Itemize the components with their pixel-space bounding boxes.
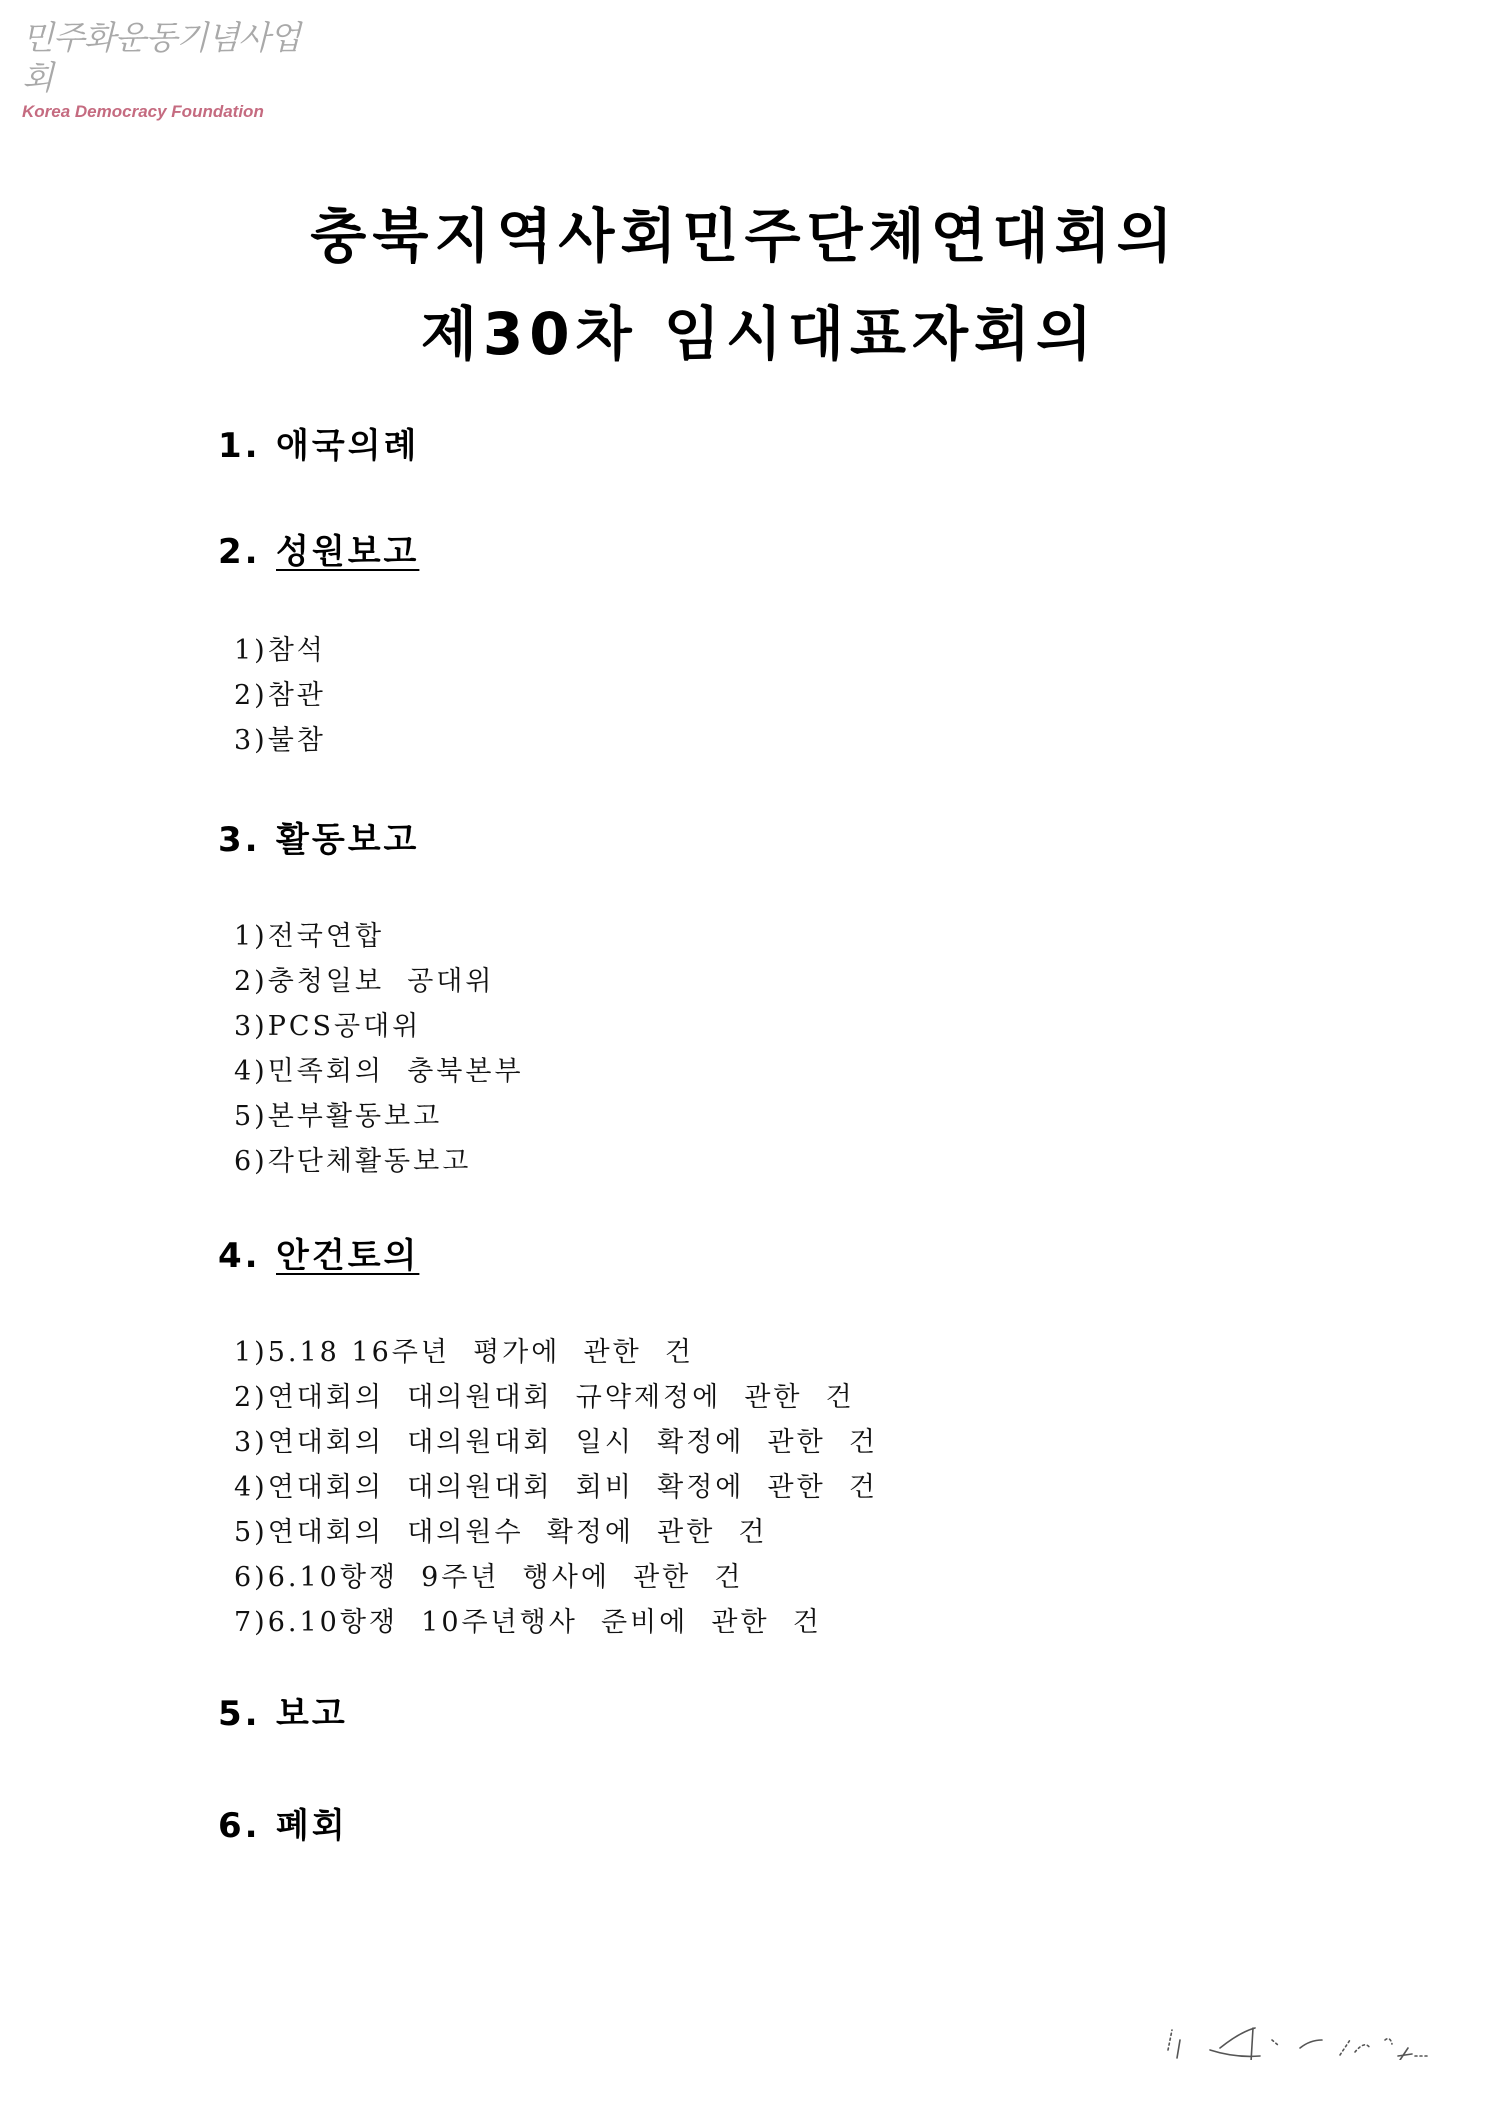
section-heading: 3.활동보고 xyxy=(218,818,524,862)
list-item: 3)불참 xyxy=(234,718,419,763)
list-item: 3)연대회의 대의원대회 일시 확정에 관한 건 xyxy=(234,1420,878,1465)
document-title: 충북지역사회민주단체연대회의 제30차 임시대표자회의 xyxy=(0,200,1489,396)
list-item: 2)연대회의 대의원대회 규약제정에 관한 건 xyxy=(234,1375,878,1420)
list-item: 2)충청일보 공대위 xyxy=(234,959,524,1004)
section-items: 1)참석 2)참관 3)불참 xyxy=(218,628,419,763)
agenda-section-4: 4.안건토의 1)5.18 16주년 평가에 관한 건 2)연대회의 대의원대회… xyxy=(218,1234,878,1645)
section-number: 4. xyxy=(218,1234,276,1278)
section-label: 보고 xyxy=(276,1694,348,1734)
watermark-english-text: Korea Democracy Foundation xyxy=(22,102,322,122)
list-item: 1)5.18 16주년 평가에 관한 건 xyxy=(234,1330,878,1375)
section-items: 1)5.18 16주년 평가에 관한 건 2)연대회의 대의원대회 규약제정에 … xyxy=(218,1330,878,1645)
watermark-korean-text: 민주화운동기념사업회 xyxy=(22,18,322,98)
section-label: 안건토의 xyxy=(276,1236,419,1276)
list-item: 7)6.10항쟁 10주년행사 준비에 관한 건 xyxy=(234,1600,878,1645)
list-item: 4)연대회의 대의원대회 회비 확정에 관한 건 xyxy=(234,1465,878,1510)
section-heading: 4.안건토의 xyxy=(218,1234,878,1278)
section-items: 1)전국연합 2)충청일보 공대위 3)PCS공대위 4)민족회의 충북본부 5… xyxy=(218,914,524,1184)
section-number: 3. xyxy=(218,818,276,862)
foundation-watermark-logo: 민주화운동기념사업회 Korea Democracy Foundation xyxy=(22,18,322,122)
agenda-section-3: 3.활동보고 1)전국연합 2)충청일보 공대위 3)PCS공대위 4)민족회의… xyxy=(218,818,524,1184)
section-heading: 2.성원보고 xyxy=(218,530,419,574)
section-heading: 6.폐회 xyxy=(218,1804,348,1848)
section-number: 5. xyxy=(218,1692,276,1736)
list-item: 1)참석 xyxy=(234,628,419,673)
agenda-section-5: 5.보고 xyxy=(218,1692,348,1736)
list-item: 5)연대회의 대의원수 확정에 관한 건 xyxy=(234,1510,878,1555)
list-item: 6)6.10항쟁 9주년 행사에 관한 건 xyxy=(234,1555,878,1600)
list-item: 4)민족회의 충북본부 xyxy=(234,1049,524,1094)
section-number: 2. xyxy=(218,530,276,574)
list-item: 3)PCS공대위 xyxy=(234,1004,524,1049)
section-label: 폐회 xyxy=(276,1806,348,1846)
section-number: 6. xyxy=(218,1804,276,1848)
agenda-section-1: 1.애국의례 xyxy=(218,424,419,468)
title-organization: 충북지역사회민주단체연대회의 xyxy=(0,200,1489,272)
section-label: 성원보고 xyxy=(276,532,419,572)
agenda-section-2: 2.성원보고 1)참석 2)참관 3)불참 xyxy=(218,530,419,763)
list-item: 6)각단체활동보고 xyxy=(234,1139,524,1184)
section-label: 애국의례 xyxy=(276,426,419,466)
section-number: 1. xyxy=(218,424,276,468)
list-item: 1)전국연합 xyxy=(234,914,524,959)
section-heading: 1.애국의례 xyxy=(218,424,419,468)
list-item: 2)참관 xyxy=(234,673,419,718)
section-heading: 5.보고 xyxy=(218,1692,348,1736)
title-meeting: 제30차 임시대표자회의 xyxy=(30,298,1489,370)
handwritten-signature-icon xyxy=(1150,2010,1430,2060)
section-label: 활동보고 xyxy=(276,820,419,860)
agenda-section-6: 6.폐회 xyxy=(218,1804,348,1848)
list-item: 5)본부활동보고 xyxy=(234,1094,524,1139)
